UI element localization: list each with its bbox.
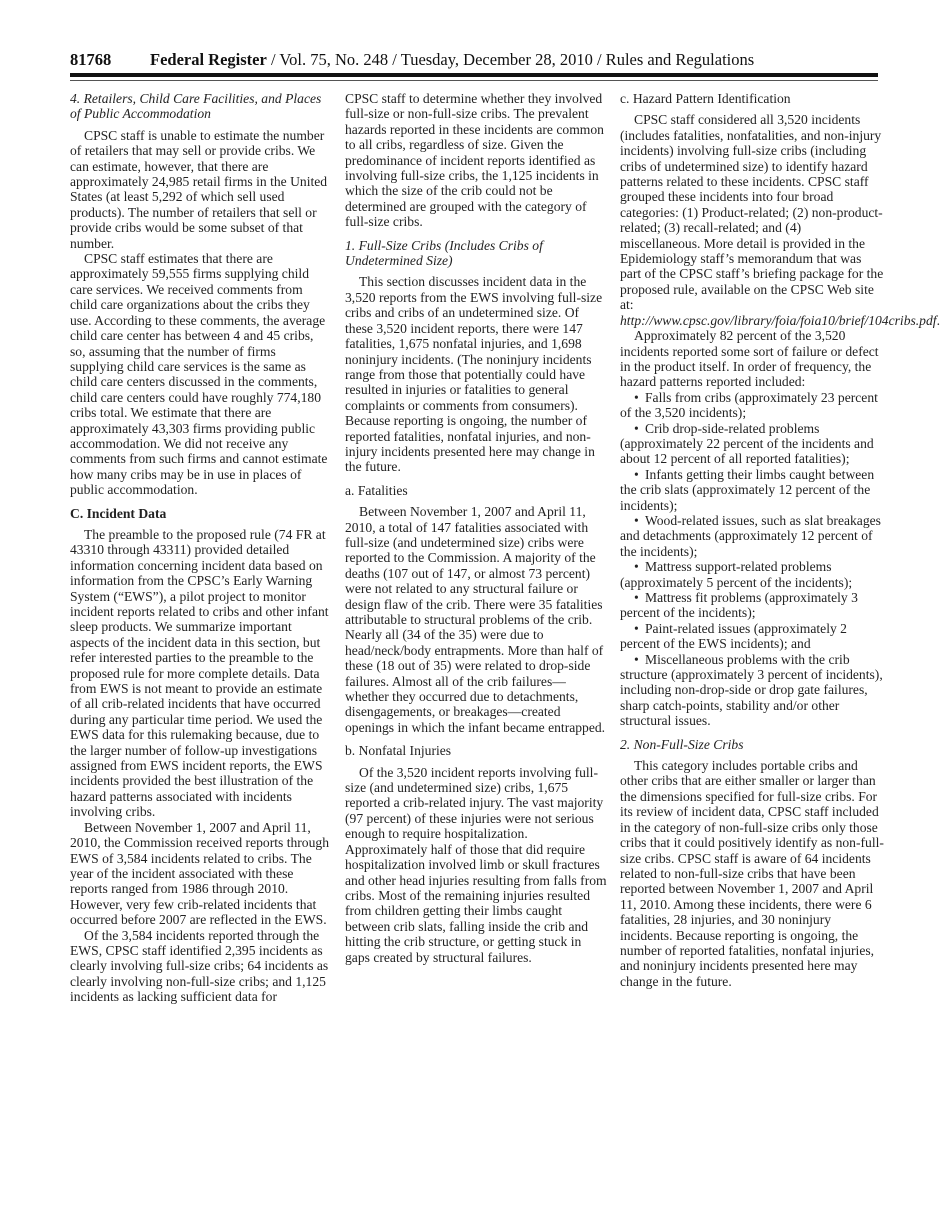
bullet-icon: • (634, 652, 645, 667)
paragraph: CPSC staff is unable to estimate the num… (70, 128, 332, 251)
section-heading-incident-data: C. Incident Data (70, 506, 332, 521)
column-2: CPSC staff to determine whether they inv… (345, 91, 607, 965)
paragraph: Of the 3,584 incidents reported through … (70, 928, 332, 1005)
list-item-text: Mattress fit problems (approximately 3 p… (620, 590, 858, 620)
section-heading-fatalities: a. Fatalities (345, 483, 607, 498)
list-item-text: Mattress support-related problems (appro… (620, 559, 852, 589)
list-item-text: Falls from cribs (approximately 23 perce… (620, 390, 878, 420)
bullet-icon: • (634, 467, 645, 482)
list-item-text: Miscellaneous problems with the crib str… (620, 652, 883, 729)
paragraph: Between November 1, 2007 and April 11, 2… (70, 820, 332, 928)
list-item-text: Paint-related issues (approximately 2 pe… (620, 621, 847, 651)
page-number: 81768 (70, 50, 150, 70)
header-rule-thin (70, 80, 878, 81)
section-heading-nonfatal-injuries: b. Nonfatal Injuries (345, 743, 607, 758)
bullet-icon: • (634, 621, 645, 636)
bullet-icon: • (634, 390, 645, 405)
bullet-icon: • (634, 559, 645, 574)
paragraph: CPSC staff to determine whether they inv… (345, 91, 607, 230)
list-item: •Falls from cribs (approximately 23 perc… (620, 390, 884, 421)
paragraph: Approximately 82 percent of the 3,520 in… (620, 328, 884, 390)
section-heading-full-size-cribs: 1. Full-Size Cribs (Includes Cribs of Un… (345, 238, 607, 269)
list-item: •Mattress fit problems (approximately 3 … (620, 590, 884, 621)
list-item: •Wood-related issues, such as slat break… (620, 513, 884, 559)
list-item-text: Infants getting their limbs caught betwe… (620, 467, 874, 513)
paragraph: This section discusses incident data in … (345, 274, 607, 474)
section-heading-retailers: 4. Retailers, Child Care Facilities, and… (70, 91, 332, 122)
column-1: 4. Retailers, Child Care Facilities, and… (70, 91, 332, 1005)
paragraph: The preamble to the proposed rule (74 FR… (70, 527, 332, 820)
bullet-icon: • (634, 513, 645, 528)
page-header: 81768Federal Register / Vol. 75, No. 248… (70, 50, 878, 72)
list-item: •Miscellaneous problems with the crib st… (620, 652, 884, 729)
briefing-package-link[interactable]: http://www.cpsc.gov/library/foia/foia10/… (620, 313, 937, 328)
section-heading-non-full-size-cribs: 2. Non-Full-Size Cribs (620, 737, 884, 752)
list-item-text: Crib drop-side-related problems (approxi… (620, 421, 874, 467)
paragraph: Of the 3,520 incident reports involving … (345, 765, 607, 965)
paragraph: Between November 1, 2007 and April 11, 2… (345, 504, 607, 735)
list-item: •Crib drop-side-related problems (approx… (620, 421, 884, 467)
column-3: c. Hazard Pattern Identification CPSC st… (620, 91, 884, 989)
section-heading-hazard-pattern: c. Hazard Pattern Identification (620, 91, 884, 106)
publication-citation: / Vol. 75, No. 248 / Tuesday, December 2… (267, 50, 754, 69)
paragraph: CPSC staff estimates that there are appr… (70, 251, 332, 498)
list-item: •Infants getting their limbs caught betw… (620, 467, 884, 513)
list-item-text: Wood-related issues, such as slat breaka… (620, 513, 881, 559)
bullet-icon: • (634, 421, 645, 436)
paragraph: CPSC staff considered all 3,520 incident… (620, 112, 884, 328)
publication-title: Federal Register (150, 50, 267, 69)
punctuation: . (937, 313, 940, 328)
header-rule-thick (70, 73, 878, 77)
paragraph: This category includes portable cribs an… (620, 758, 884, 989)
list-item: •Paint-related issues (approximately 2 p… (620, 621, 884, 652)
list-item: •Mattress support-related problems (appr… (620, 559, 884, 590)
paragraph-text: CPSC staff considered all 3,520 incident… (620, 112, 883, 312)
bullet-icon: • (634, 590, 645, 605)
